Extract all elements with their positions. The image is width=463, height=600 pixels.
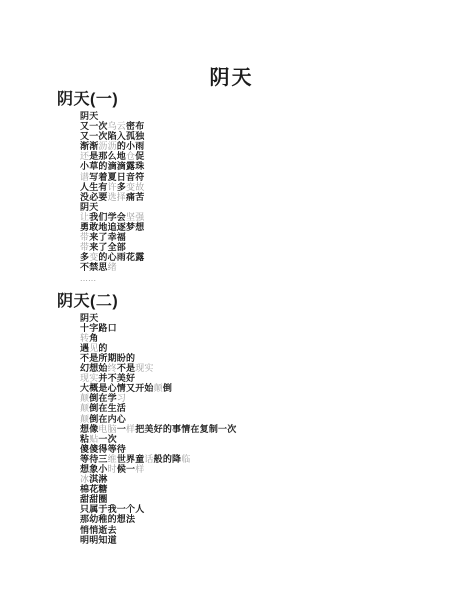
poem-segment: 又一次陷入孤独 [80, 131, 144, 141]
poem-line: ...... [80, 273, 463, 283]
poem-segment-muted: 维 [108, 454, 117, 464]
poem-line: 让我们学会坚强 [80, 212, 463, 222]
poem-segment-muted: 带 [80, 242, 89, 252]
poem-segment-muted: 临 [181, 454, 190, 464]
poem-line: 那幼稚的想法 [80, 514, 463, 524]
poem-segment-muted: 习 [117, 393, 126, 403]
poem-segment: 悄悄逝去 [80, 525, 117, 535]
poem-line: 颠倒在学习 [80, 393, 463, 403]
poem-segment: 棉花糖 [80, 484, 108, 494]
poem-segment: 不禁思 [80, 262, 108, 272]
poem-line: 不禁思绪 [80, 262, 463, 272]
poem-line: 勇敢地追逐梦想 [80, 222, 463, 232]
poem-segment: 不是 [117, 363, 135, 373]
poem-segment: 勇敢地追逐梦想 [80, 222, 144, 232]
poem-line: 大概是心情又开始颠倒 [80, 383, 463, 393]
poem-line: 谱写着夏日音符 [80, 172, 463, 182]
poem-line: 阴天 [80, 313, 463, 323]
poem-line: 粘贴一次 [80, 434, 463, 444]
poem-segment-muted: 谱 [80, 172, 89, 182]
poem-line: 小草的滴滴露珠 [80, 161, 463, 171]
poem-segment: 候一 [117, 464, 135, 474]
poem-line: 渐渐沥沥的小雨 [80, 141, 463, 151]
poem-segment: 一次 [98, 434, 116, 444]
poem-segment: 般的降 [154, 454, 182, 464]
poem-line: 阴天 [80, 111, 463, 121]
poem-line: 转角 [80, 333, 463, 343]
poem-line: 十字路口 [80, 323, 463, 333]
poem-segment: 把美好的事情在复制一次 [135, 424, 236, 434]
poem-segment-muted: 带 [80, 232, 89, 242]
poem-segment: 倒在生活 [89, 403, 126, 413]
poem-segment-muted: 时 [108, 464, 117, 474]
poem-segment: 阴天 [80, 202, 98, 212]
poem-segment: 来了幸福 [89, 232, 126, 242]
poem-line: 想像电脑一样把美好的事情在复制一次 [80, 424, 463, 434]
poem-segment-muted: 样 [135, 464, 144, 474]
section-lines: 阴天又一次乌云密布又一次陷入孤独渐渐沥沥的小雨还是那么地仓促小草的滴滴露珠谱写着… [80, 111, 463, 283]
poem-segment-muted: 话 [144, 454, 153, 464]
poem-segment-muted: 变故 [126, 182, 144, 192]
section-heading: 阴天(一) [57, 90, 463, 109]
poem-segment: 的心雨花露 [98, 252, 144, 262]
section-lines: 阴天十字路口转角遇见的不是所期盼的幻想始终不是现实现实并不美好大概是心情又开始颠… [80, 313, 463, 545]
poem-segment-muted: 许 [108, 182, 117, 192]
poem-segment-muted: 电脑 [98, 424, 116, 434]
poem-segment-muted: 颠 [154, 383, 163, 393]
poem-line: 棉花糖 [80, 484, 463, 494]
poem-segment: 密布 [126, 121, 144, 131]
poem-segment-muted: 沥沥 [98, 141, 116, 151]
poem-segment: 并不美好 [98, 373, 135, 383]
poem-segment-muted: 坚强 [126, 212, 144, 222]
poem-segment-muted: 现实 [135, 363, 153, 373]
poem-segment-muted: 颠 [80, 403, 89, 413]
document-page: 阴天 阴天(一)阴天又一次乌云密布又一次陷入孤独渐渐沥沥的小雨还是那么地仓促小草… [0, 0, 463, 600]
poem-segment: 想像 [80, 424, 98, 434]
poem-line: 冰淇淋 [80, 474, 463, 484]
poem-segment: 阴天 [80, 111, 98, 121]
poem-line: 傻傻得等待 [80, 444, 463, 454]
poem-segment-muted: 乌云 [108, 121, 126, 131]
poem-line: 只属于我一个人 [80, 504, 463, 514]
poem-segment: 渐渐 [80, 141, 98, 151]
poem-segment-muted: 让 [80, 212, 89, 222]
poem-segment-muted: 选择 [108, 192, 126, 202]
poem-segment: 幻想始 [80, 363, 108, 373]
poem-segment-muted: 转 [80, 333, 89, 343]
poem-segment: 大概是心情又开始 [80, 383, 154, 393]
poem-segment: 只属于我一个人 [80, 504, 144, 514]
poem-segment: 多 [117, 182, 126, 192]
poem-segment: 没必要 [80, 192, 108, 202]
poem-segment: 甜甜圈 [80, 494, 108, 504]
section-heading: 阴天(二) [57, 292, 463, 311]
poem-line: 带来了幸福 [80, 232, 463, 242]
poem-segment: 不是所期盼的 [80, 353, 135, 363]
poem-segment: 促 [135, 151, 144, 161]
poem-segment: 又一次 [80, 121, 108, 131]
poem-segment: 阴天 [80, 313, 98, 323]
poem-segment: 痛苦 [126, 192, 144, 202]
poem-segment: 粘 [80, 434, 89, 444]
poem-line: 人生有许多变故 [80, 182, 463, 192]
sections: 阴天(一)阴天又一次乌云密布又一次陷入孤独渐渐沥沥的小雨还是那么地仓促小草的滴滴… [0, 90, 463, 554]
poem-segment: 那幼稚的想法 [80, 514, 135, 524]
poem-segment: 淇淋 [89, 474, 107, 484]
poem-segment-muted: 还 [80, 151, 89, 161]
poem-line: 幻想始终不是现实 [80, 363, 463, 373]
poem-line: 还是那么地仓促 [80, 151, 463, 161]
poem-segment-muted: 终 [108, 363, 117, 373]
poem-segment: 小草的滴滴露珠 [80, 161, 144, 171]
poem-segment: 等待三 [80, 454, 108, 464]
poem-line: 带来了全部 [80, 242, 463, 252]
poem-line: 颠倒在内心 [80, 414, 463, 424]
poem-segment: 的 [98, 343, 107, 353]
poem-segment: 一 [117, 424, 126, 434]
poem-segment: 想象小 [80, 464, 108, 474]
poem-segment: 倒 [163, 383, 172, 393]
poem-segment-muted: 颠 [80, 414, 89, 424]
poem-line: 甜甜圈 [80, 494, 463, 504]
poem-segment-muted: 仓 [126, 151, 135, 161]
poem-line: 遇见的 [80, 343, 463, 353]
poem-segment: 我们学会 [89, 212, 126, 222]
poem-segment: 明明知道 [80, 535, 117, 545]
poem-segment: 倒在学 [89, 393, 117, 403]
poem-segment: 角 [89, 333, 98, 343]
poem-segment: 人生有 [80, 182, 108, 192]
poem-line: 现实并不美好 [80, 373, 463, 383]
poem-line: 不是所期盼的 [80, 353, 463, 363]
poem-line: 明明知道 [80, 535, 463, 545]
poem-line: 又一次陷入孤独 [80, 131, 463, 141]
poem-segment-muted: 样 [126, 424, 135, 434]
poem-segment: 倒在内心 [89, 414, 126, 424]
poem-segment-muted: 绪 [108, 262, 117, 272]
poem-segment: 写着夏日音符 [89, 172, 144, 182]
poem-segment-muted: ...... [80, 273, 96, 283]
poem-segment: 多 [80, 252, 89, 262]
poem-line: 没必要选择痛苦 [80, 192, 463, 202]
document-title: 阴天 [0, 61, 463, 90]
poem-segment-muted: 现实 [80, 373, 98, 383]
poem-segment: 傻傻得等待 [80, 444, 126, 454]
poem-segment: 是那么地 [89, 151, 126, 161]
poem-line: 想象小时候一样 [80, 464, 463, 474]
poem-line: 等待三维世界童话般的降临 [80, 454, 463, 464]
poem-line: 颠倒在生活 [80, 403, 463, 413]
poem-line: 多变的心雨花露 [80, 252, 463, 262]
poem-segment: 世界童 [117, 454, 145, 464]
poem-line: 悄悄逝去 [80, 525, 463, 535]
poem-line: 又一次乌云密布 [80, 121, 463, 131]
poem-segment: 十字路口 [80, 323, 117, 333]
poem-segment-muted: 冰 [80, 474, 89, 484]
poem-segment: 遇 [80, 343, 89, 353]
poem-segment-muted: 颠 [80, 393, 89, 403]
poem-segment: 的小雨 [117, 141, 145, 151]
poem-line: 阴天 [80, 202, 463, 212]
poem-segment: 来了全部 [89, 242, 126, 252]
